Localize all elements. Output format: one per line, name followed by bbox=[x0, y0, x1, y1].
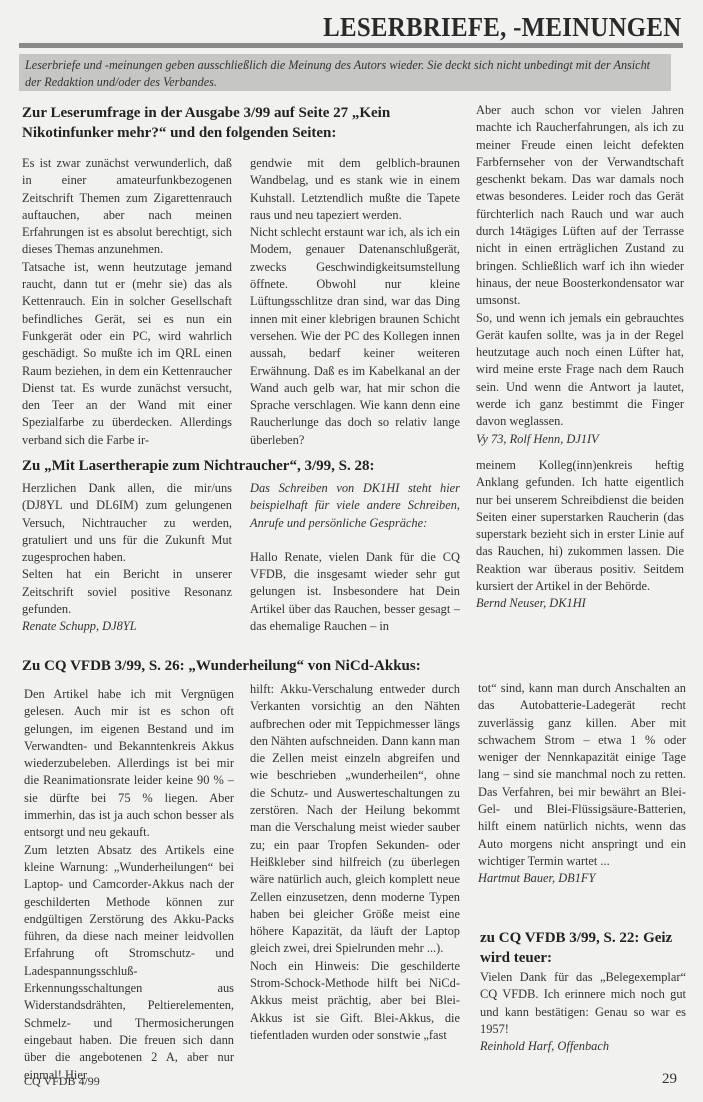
page-title: LESERBRIEFE, -MEINUNGEN bbox=[323, 12, 681, 43]
letter-2-col-2: Das Schreiben von DK1HI steht hier beisp… bbox=[250, 480, 460, 635]
title-rule bbox=[19, 43, 683, 48]
letter-3-col-2: hilft: Akku-Verschalung entweder durch V… bbox=[250, 681, 460, 1044]
signature: Renate Schupp, DJ8YL bbox=[22, 618, 232, 635]
signature: Hartmut Bauer, DB1FY bbox=[478, 870, 686, 887]
letter-1-col-1: Es ist zwar zunächst verwunderlich, daß … bbox=[22, 155, 232, 449]
paragraph: tot“ sind, kann man durch Anschalten an … bbox=[478, 680, 686, 870]
paragraph: Tatsache ist, wenn heutzutage jemand rau… bbox=[22, 259, 232, 449]
letter-3-heading: Zu CQ VFDB 3/99, S. 26: „Wunderheilung“ … bbox=[22, 656, 482, 676]
paragraph: Hallo Renate, vielen Dank für die CQ VFD… bbox=[250, 549, 460, 635]
paragraph: gendwie mit dem gelblich-braunen Wandbel… bbox=[250, 155, 460, 224]
letter-1-heading: Zur Leserumfrage in der Ausgabe 3/99 auf… bbox=[22, 103, 462, 143]
paragraph: Vielen Dank für das „Belegexemplar“ CQ V… bbox=[480, 969, 686, 1038]
publication-footer: CQ VFDB 4/99 bbox=[24, 1074, 100, 1089]
letter-1-col-3: Aber auch schon vor vielen Jahren machte… bbox=[476, 102, 684, 448]
letter-4-heading: zu CQ VFDB 3/99, S. 22: Geiz wird teuer: bbox=[480, 928, 686, 968]
paragraph: Zum letzten Absatz des Artikels eine kle… bbox=[24, 842, 234, 1084]
paragraph: Noch ein Hinweis: Die geschilderte Strom… bbox=[250, 958, 460, 1044]
signature: Reinhold Harf, Offenbach bbox=[480, 1038, 686, 1055]
paragraph: Es ist zwar zunächst verwunderlich, daß … bbox=[22, 155, 232, 259]
letter-1-col-2: gendwie mit dem gelblich-braunen Wandbel… bbox=[250, 155, 460, 449]
letter-2-col-3: meinem Kolleg(inn)enkreis heftig Anklang… bbox=[476, 457, 684, 613]
letter-3-col-1: Den Artikel habe ich mit Vergnügen geles… bbox=[24, 686, 234, 1084]
signature: Bernd Neuser, DK1HI bbox=[476, 595, 684, 612]
paragraph: hilft: Akku-Verschalung entweder durch V… bbox=[250, 681, 460, 958]
letter-2-col-1: Herzlichen Dank allen, die mir/uns (DJ8Y… bbox=[22, 480, 232, 636]
letter-4-col-1: Vielen Dank für das „Belegexemplar“ CQ V… bbox=[480, 969, 686, 1055]
signature: Vy 73, Rolf Henn, DJ1IV bbox=[476, 431, 684, 448]
letter-3-col-3: tot“ sind, kann man durch Anschalten an … bbox=[478, 680, 686, 888]
editor-note: Das Schreiben von DK1HI steht hier beisp… bbox=[250, 480, 460, 532]
paragraph: Nicht schlecht erstaunt war ich, als ich… bbox=[250, 224, 460, 449]
paragraph: Aber auch schon vor vielen Jahren machte… bbox=[476, 102, 684, 310]
paragraph: Selten hat ein Bericht in unserer Zeitsc… bbox=[22, 566, 232, 618]
paragraph: Herzlichen Dank allen, die mir/uns (DJ8Y… bbox=[22, 480, 232, 566]
letter-2-heading: Zu „Mit Lasertherapie zum Nichtraucher“,… bbox=[22, 456, 462, 476]
paragraph: So, und wenn ich jemals ein gebrauchtes … bbox=[476, 310, 684, 431]
disclaimer-box: Leserbriefe und -meinungen geben ausschl… bbox=[19, 54, 671, 91]
paragraph: meinem Kolleg(inn)enkreis heftig Anklang… bbox=[476, 457, 684, 595]
paragraph: Den Artikel habe ich mit Vergnügen geles… bbox=[24, 686, 234, 842]
page-number: 29 bbox=[662, 1071, 677, 1088]
